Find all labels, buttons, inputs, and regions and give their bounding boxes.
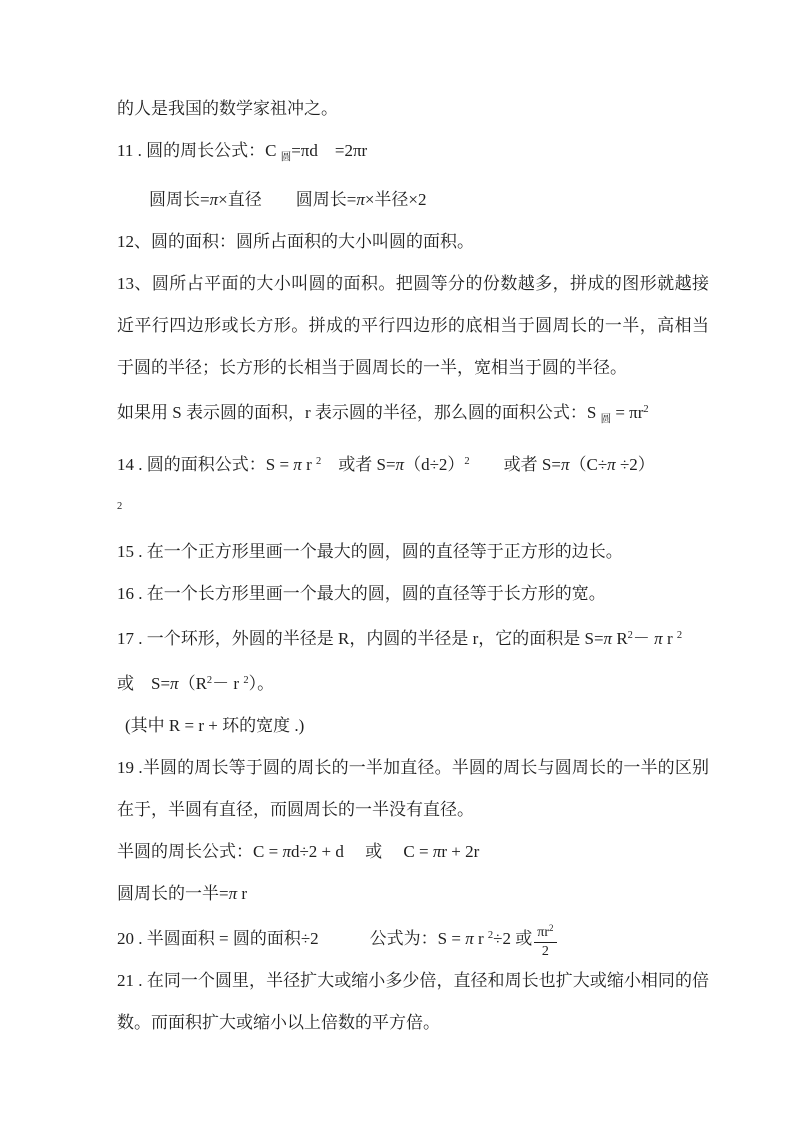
- pi-symbol: π: [465, 929, 474, 948]
- pi-symbol: π: [293, 455, 302, 474]
- text-run: ×半径×2: [365, 190, 427, 209]
- text-run: 如果用 S 表示圆的面积，r 表示圆的半径，那么圆的面积公式：S: [117, 403, 601, 422]
- text-run: 圆周长的一半=: [117, 884, 229, 903]
- formula-run: （R: [179, 674, 207, 693]
- superscript-2: 2: [677, 630, 682, 641]
- formula-run: （d÷2）: [404, 455, 464, 474]
- formula-run: r: [302, 455, 316, 474]
- line-circumference-expansion: 圆周长=π×直径 圆周长=π×半径×2: [117, 179, 709, 221]
- formula-run: ÷2 或: [493, 929, 532, 948]
- text-run: 圆周长=: [149, 190, 210, 209]
- pi-symbol: π: [170, 674, 179, 693]
- formula-run: ）。: [249, 674, 275, 693]
- formula-run: r + 2r: [441, 842, 479, 861]
- text-run: 14 . 圆的面积公式：S =: [117, 455, 293, 474]
- formula-run: r: [663, 629, 677, 648]
- pi-symbol: π: [604, 629, 613, 648]
- superscript-2: 2: [643, 404, 648, 415]
- formula-run: r: [237, 884, 247, 903]
- formula-run: － r: [212, 674, 243, 693]
- pi-symbol: π: [607, 455, 616, 474]
- paragraph-21-scaling: 21 . 在同一个圆里，半径扩大或缩小多少倍，直径和周长也扩大或缩小相同的倍数。…: [117, 960, 709, 1044]
- text-run: 20 . 半圆面积 = 圆的面积÷2 公式为：S =: [117, 929, 465, 948]
- text-run: 半圆的周长公式：C =: [117, 842, 282, 861]
- formula-run: －: [633, 629, 654, 648]
- paragraph-area-formula-s: 如果用 S 表示圆的面积，r 表示圆的半径，那么圆的面积公式：S 圆 = πr2: [117, 389, 709, 441]
- pi-symbol: π: [210, 190, 219, 209]
- paragraph-19-semicircle-perimeter: 19 .半圆的周长等于圆的周长的一半加直径。半圆的周长与圆周长的一半的区别在于，…: [117, 747, 709, 831]
- paragraph-12-circle-area: 12、圆的面积：圆所占面积的大小叫圆的面积。: [117, 221, 709, 263]
- formula-run: R: [612, 629, 628, 648]
- pi-symbol: π: [356, 190, 365, 209]
- superscript-2: 2: [117, 501, 122, 512]
- subscript-yuan: 圆: [281, 152, 292, 163]
- text-run: 11 . 圆的周长公式：C: [117, 141, 281, 160]
- pi-symbol: π: [396, 455, 405, 474]
- text-run: ×直径 圆周长=: [218, 190, 356, 209]
- pi-symbol: π: [654, 629, 663, 648]
- paragraph-13-area-derivation: 13、圆所占平面的大小叫圆的面积。把圆等分的份数越多，拼成的图形就越接近平行四边…: [117, 263, 709, 389]
- text-run: 17 . 一个环形，外圆的半径是 R，内圆的半径是 r，它的面积是 S=: [117, 629, 604, 648]
- paragraph-11-circumference-formula: 11 . 圆的周长公式：C 圆=πd =2πr: [117, 130, 709, 179]
- document-content: 的人是我国的数学家祖冲之。 11 . 圆的周长公式：C 圆=πd =2πr 圆周…: [117, 88, 709, 1044]
- paragraph-17-ring-area: 17 . 一个环形，外圆的半径是 R，内圆的半径是 r，它的面积是 S=π R2…: [117, 615, 709, 705]
- fraction-denominator: 2: [534, 943, 556, 960]
- formula-run: ÷2）: [616, 455, 655, 474]
- paragraph-ring-width-note: (其中 R = r + 环的宽度 .): [117, 705, 709, 747]
- formula-run: r: [474, 929, 488, 948]
- text-run: 或者 S=: [321, 455, 395, 474]
- paragraph-half-circumference: 圆周长的一半=π r: [117, 873, 709, 915]
- superscript-2: 2: [549, 923, 554, 933]
- document-page: 的人是我国的数学家祖冲之。 11 . 圆的周长公式：C 圆=πd =2πr 圆周…: [0, 0, 793, 1122]
- formula-run: = πr: [611, 403, 643, 422]
- formula-run: d÷2 + d 或 C =: [291, 842, 433, 861]
- paragraph-20-semicircle-area: 20 . 半圆面积 = 圆的面积÷2 公式为：S = π r 2÷2 或πr22: [117, 915, 709, 960]
- pi-symbol: π: [282, 842, 291, 861]
- paragraph-zu-chongzhi: 的人是我国的数学家祖冲之。: [117, 88, 709, 130]
- pi-symbol: π: [229, 884, 238, 903]
- paragraph-15-circle-in-square: 15 . 在一个正方形里画一个最大的圆，圆的直径等于正方形的边长。: [117, 531, 709, 573]
- pi-symbol: π: [561, 455, 570, 474]
- text-run: 或者 S=: [470, 455, 561, 474]
- paragraph-16-circle-in-rectangle: 16 . 在一个长方形里画一个最大的圆，圆的直径等于长方形的宽。: [117, 573, 709, 615]
- paragraph-14-area-formulas: 14 . 圆的面积公式：S = π r 2 或者 S=π（d÷2）2 或者 S=…: [117, 441, 709, 531]
- fraction-pi-r-squared-over-2: πr22: [534, 920, 556, 960]
- subscript-yuan: 圆: [601, 414, 612, 425]
- formula-run: 或 S=: [117, 674, 170, 693]
- fraction-numerator: πr2: [534, 920, 556, 943]
- paragraph-semicircle-perimeter-formula: 半圆的周长公式：C = πd÷2 + d 或 C = πr + 2r: [117, 831, 709, 873]
- formula-run: πr: [537, 925, 549, 940]
- formula-run: =πd =2πr: [291, 141, 367, 160]
- formula-run: （C÷: [570, 455, 608, 474]
